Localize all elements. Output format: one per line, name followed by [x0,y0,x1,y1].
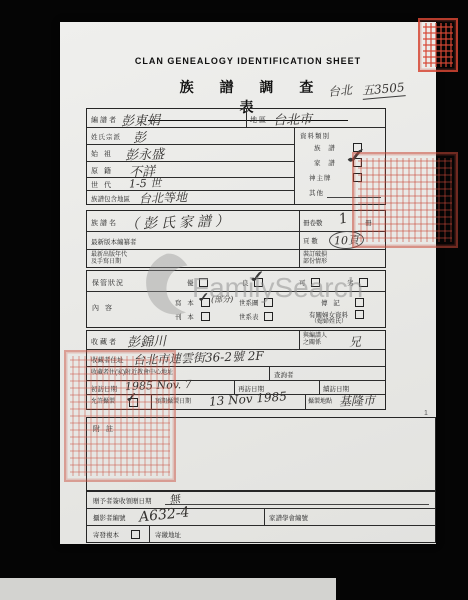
grid-line [87,177,294,178]
table-condition-content: 保管狀況 優 良 ✓ 可 劣 內 容 寫 本 ✓ (部分) 世系圖 傳 記 刊 … [86,270,386,328]
label-relationship-b: 之關係 [303,340,321,346]
grid-line [269,366,270,380]
label-relationship-a: 與編譜人 [303,333,327,339]
checkbox-excellent [199,278,208,287]
label-area: 地區 [250,115,268,125]
label-inquirer: 查詢者 [274,370,294,379]
value-coverage: 台北等地 [139,188,188,207]
handwritten-note-right: 五3505 [361,78,405,100]
checkbox-poor [359,278,368,287]
table-genealogy-info: 族譜名 （彭氏家譜） 冊卷數 1 冊 最新版本編纂者 頁 數 10頁 最新出版年… [86,210,386,268]
checkmark-good: ✓ [247,269,268,286]
label-genealogy-name: 族譜名 [91,218,118,228]
label-women-data: 有關婦女資料 [309,310,348,319]
label-holder: 收藏者 [91,337,118,347]
grid-line [87,190,294,191]
label-damage-a: 裝訂破損 [303,252,327,258]
label-biography: 傳 記 [321,298,342,307]
red-seal-left [64,350,176,482]
checkbox-lineage-chart [264,298,273,307]
label-society-number: 家譜學會編號 [269,513,308,522]
label-category: 資料類別 [300,131,330,140]
next-frame-edge [0,578,336,600]
note-manuscript: (部分) [211,294,234,306]
red-seal-right [352,152,458,248]
handwritten-note-left: 台北 [327,81,353,100]
microfilm-frame: CLAN GENEALOGY IDENTIFICATION SHEET 族 譜 … [0,0,468,600]
label-volumes: 冊卷數 [303,218,323,227]
label-relationship: 與編譜人 之關係 [303,333,327,347]
label-coverage: 族譜包含地區 [91,194,130,203]
label-publication-date-b: 及手寫日期 [91,259,121,265]
label-publication-date: 最新出版年代 及手寫日期 [91,252,127,266]
checkbox-biography [355,298,364,307]
grid-line [246,109,247,127]
label-content: 內 容 [92,303,114,313]
label-damage-b: 部份情形 [303,259,327,265]
label-origin: 原 籍 [91,166,113,176]
english-title: CLAN GENEALOGY IDENTIFICATION SHEET [98,56,398,66]
label-mailing-address: 寄繳地址 [155,530,181,539]
label-publication-date-a: 最新出版年代 [91,252,127,258]
label-cat-family: 家 譜 [314,158,338,167]
value-film-location: 基隆市 [339,391,376,409]
grid-line [87,291,385,292]
grid-line [264,508,265,525]
value-volumes: 1 [337,210,349,228]
page-number: 1 [424,410,428,417]
label-opt-poor: 劣 [347,278,354,287]
label-cat-clan: 族 譜 [314,143,338,152]
label-generations: 世 代 [91,180,113,190]
red-seal-top-right [418,18,458,72]
grid-line [299,331,300,349]
note-women-data: （媳婦姓氏） [311,319,347,326]
table-identification: 編譜者 彭東娟 地區 台北市 姓氏宗派 彭 資料類別 始 祖 彭永盛 原 籍 不… [86,108,386,205]
label-cat-tablet: 神主牌 [309,173,332,182]
grid-line [87,161,294,162]
value-genealogy-name: （彭氏家譜） [125,210,234,234]
checkbox-fair [311,278,320,287]
label-opt-fair: 可 [299,278,306,287]
label-opt-excellent: 優 [187,278,194,287]
label-damage: 裝訂破損 部份情形 [303,252,327,266]
label-condition: 保管狀況 [92,278,124,288]
label-donor-receipt-date: 贈予者簽收領贈日期 [93,496,152,505]
grid-line [87,144,294,145]
value-expected-film-date: 13 Nov 1985 [209,389,288,408]
label-compiler: 編譜者 [91,115,118,125]
label-film-location: 攝製地點 [308,399,332,406]
checkbox-printed [201,312,210,321]
value-holder: 彭錦川 [127,330,167,350]
grid-line [319,380,320,394]
label-photographer-number: 攝影者編號 [93,513,126,522]
label-copy-sent: 寄發複本 [93,530,119,539]
label-cat-other: 其他 [309,188,324,197]
checkmark-manuscript: ✓ [196,291,212,305]
label-lineage-chart: 世系圖 [239,298,259,307]
grid-line [87,249,385,250]
label-printed: 刊 本 [175,312,196,321]
value-area: 台北市 [273,108,313,128]
grid-line [294,127,295,204]
admin-box: 贈予者簽收領贈日期 無 攝影者編號 A632-4 家譜學會編號 寄發複本 寄繳地… [86,490,436,543]
label-latest-editor: 最新版本編纂者 [91,237,137,246]
checkbox-women-data [355,310,364,319]
label-first-ancestor: 始 祖 [91,149,113,159]
value-relationship: 兄 [349,333,362,350]
label-clan-branch: 姓氏宗派 [91,132,121,141]
blank-line [165,504,429,505]
label-pages: 頁 數 [303,236,318,245]
checkbox-copy-sent [131,530,140,539]
label-lineage-table: 世系表 [239,312,259,321]
grid-line [305,394,306,409]
checkbox-lineage-table [264,312,273,321]
grid-line [299,211,300,267]
label-manuscript: 寫 本 [175,298,196,307]
grid-line [149,525,150,542]
